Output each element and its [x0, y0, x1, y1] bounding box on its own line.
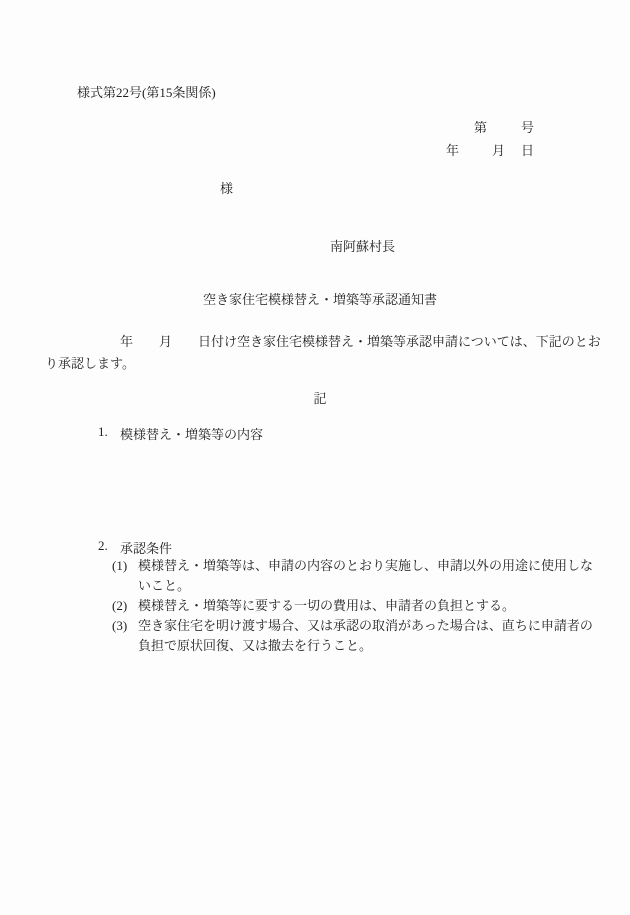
- document-title: 空き家住宅模様替え・増築等承認通知書: [0, 289, 630, 308]
- condition-1-number: (1): [112, 556, 138, 576]
- form-number: 様式第22号(第15条関係): [77, 82, 216, 101]
- condition-item: (1) 模様替え・増築等は、申請の内容のとおり実施し、申請以外の用途に使用しない…: [112, 556, 594, 596]
- condition-3-text: 空き家住宅を明け渡す場合、又は承認の取消があった場合は、直ちに申請者の負担で原状…: [138, 616, 594, 656]
- date-year-label: 年: [446, 140, 459, 159]
- section-2-number: 2.: [98, 538, 112, 557]
- record-marker: 記: [0, 388, 630, 407]
- condition-1-text: 模様替え・増築等は、申請の内容のとおり実施し、申請以外の用途に使用しないこと。: [138, 556, 594, 596]
- condition-2-number: (2): [112, 596, 138, 616]
- sender-title: 南阿蘇村長: [330, 236, 395, 255]
- section-1-label: 模様替え・増築等の内容: [120, 424, 263, 443]
- doc-number-prefix-label: 第: [474, 117, 487, 136]
- condition-3-number: (3): [112, 616, 138, 636]
- body-paragraph: 年 月 日付け空き家住宅模様替え・増築等承認申請については、下記のとおり承認しま…: [45, 331, 607, 375]
- conditions-list: (1) 模様替え・増築等は、申請の内容のとおり実施し、申請以外の用途に使用しない…: [112, 556, 594, 656]
- document-page: 様式第22号(第15条関係) 第 号 年 月 日 様 南阿蘇村長 空き家住宅模様…: [0, 0, 630, 915]
- addressee-honorific: 様: [220, 178, 233, 197]
- doc-number-suffix-label: 号: [521, 117, 534, 136]
- section-2-label: 承認条件: [120, 538, 172, 557]
- date-day-label: 日: [521, 140, 534, 159]
- section-2: 2. 承認条件: [98, 538, 172, 557]
- section-1: 1. 模様替え・増築等の内容: [98, 424, 263, 443]
- condition-item: (3) 空き家住宅を明け渡す場合、又は承認の取消があった場合は、直ちに申請者の負…: [112, 616, 594, 656]
- date-month-label: 月: [492, 140, 505, 159]
- section-1-number: 1.: [98, 424, 112, 443]
- condition-2-text: 模様替え・増築等に要する一切の費用は、申請者の負担とする。: [138, 596, 594, 616]
- condition-item: (2) 模様替え・増築等に要する一切の費用は、申請者の負担とする。: [112, 596, 594, 616]
